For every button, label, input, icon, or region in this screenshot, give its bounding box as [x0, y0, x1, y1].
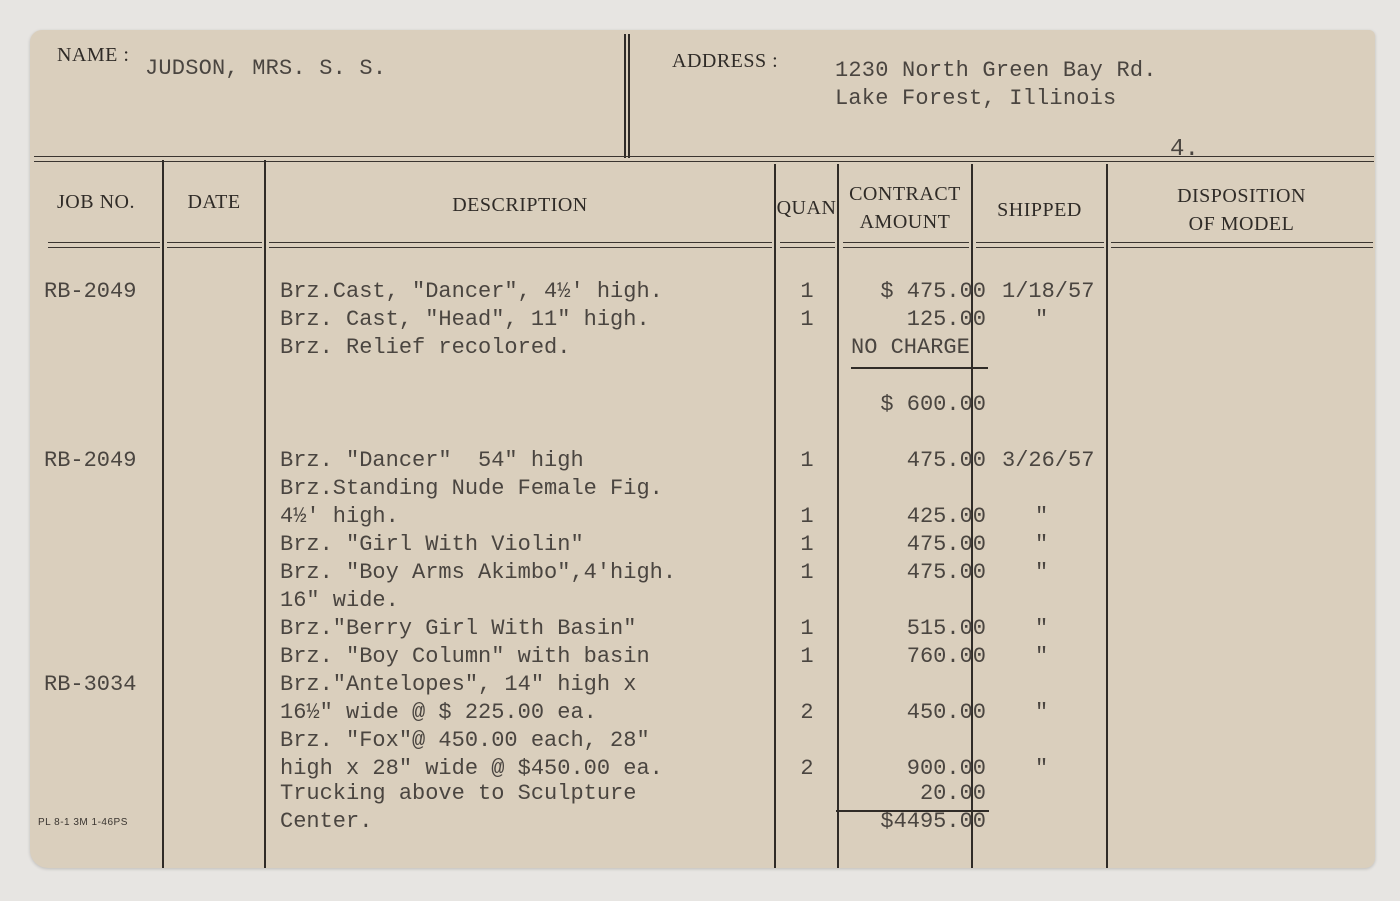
description-cell: Brz. Cast, "Head", 11" high. — [280, 306, 650, 334]
quantity-cell: 1 — [776, 615, 838, 643]
contract-amount-cell: 515.00 — [850, 615, 986, 643]
header-disposition-line2: OF MODEL — [1108, 210, 1375, 238]
header-rule — [167, 242, 262, 248]
header-shipped: SHIPPED — [973, 196, 1106, 224]
shipped-date-cell: " — [1035, 615, 1195, 643]
header-rule — [976, 242, 1104, 248]
header-date: DATE — [164, 188, 264, 216]
client-name: JUDSON, MRS. S. S. — [145, 56, 386, 81]
shipped-date-cell: " — [1035, 643, 1195, 671]
header-disposition-line1: DISPOSITION — [1108, 182, 1375, 210]
shipped-date-cell: 1/18/57 — [1002, 278, 1162, 306]
contract-amount-cell: 475.00 — [850, 531, 986, 559]
shipped-date-cell: " — [1035, 531, 1195, 559]
quantity-cell: 1 — [776, 278, 838, 306]
col-rule-job — [162, 160, 164, 868]
description-cell: Brz. "Dancer" 54" high — [280, 447, 584, 475]
job-record-card: NAME : JUDSON, MRS. S. S. ADDRESS : 1230… — [30, 30, 1375, 868]
shipped-date-cell: " — [1035, 306, 1195, 334]
subtotal-underline — [851, 367, 988, 369]
name-label: NAME : — [57, 44, 129, 67]
description-cell: Brz."Berry Girl With Basin" — [280, 615, 636, 643]
shipped-date-cell: 3/26/57 — [1002, 447, 1162, 475]
form-code: PL 8-1 3M 1-46PS — [38, 817, 128, 828]
total-underline — [836, 810, 989, 812]
header-description: DESCRIPTION — [266, 191, 774, 219]
description-cell: Brz. "Boy Column" with basin — [280, 643, 650, 671]
header-divider-2 — [628, 34, 630, 158]
top-rule — [34, 156, 1374, 162]
header-rule — [780, 242, 835, 248]
header-rule — [1111, 242, 1373, 248]
contract-amount-cell: 760.00 — [850, 643, 986, 671]
address-line-1: 1230 North Green Bay Rd. — [835, 58, 1157, 83]
header-rule — [843, 242, 969, 248]
quantity-cell: 1 — [776, 503, 838, 531]
quantity-cell: 1 — [776, 559, 838, 587]
header-job-no: JOB NO. — [30, 188, 162, 216]
header-rule — [48, 242, 160, 248]
shipped-date-cell: " — [1035, 755, 1195, 783]
description-cell: high x 28" wide @ $450.00 ea. — [280, 755, 663, 783]
description-cell: Brz.Standing Nude Female Fig. — [280, 475, 663, 503]
header-disposition: DISPOSITION OF MODEL — [1108, 182, 1375, 238]
description-cell: Brz. "Girl With Violin" — [280, 531, 584, 559]
contract-amount-cell: 425.00 — [850, 503, 986, 531]
quantity-cell: 1 — [776, 531, 838, 559]
contract-amount-cell: 900.00 — [850, 755, 986, 783]
description-cell: Center. — [280, 808, 372, 836]
contract-amount-cell: $ 475.00 — [850, 278, 986, 306]
header-rule — [269, 242, 772, 248]
header-divider — [624, 34, 626, 158]
shipped-date-cell: " — [1035, 503, 1195, 531]
job-number-cell: RB-2049 — [44, 447, 136, 475]
quantity-cell: 1 — [776, 447, 838, 475]
contract-amount-cell: $ 600.00 — [850, 391, 986, 419]
description-cell: 4½' high. — [280, 503, 399, 531]
shipped-date-cell: " — [1035, 559, 1195, 587]
description-cell: Brz."Antelopes", 14" high x — [280, 671, 636, 699]
contract-amount-cell: 475.00 — [850, 447, 986, 475]
address-label: ADDRESS : — [672, 50, 778, 73]
contract-amount-cell: 20.00 — [850, 780, 986, 808]
contract-amount-cell: 125.00 — [850, 306, 986, 334]
contract-amount-cell: NO CHARGE — [851, 334, 1011, 362]
header-contract-line1: CONTRACT — [839, 180, 971, 208]
quantity-cell: 2 — [776, 755, 838, 783]
description-cell: Brz. Relief recolored. — [280, 334, 570, 362]
description-cell: 16" wide. — [280, 587, 399, 615]
description-cell: Brz. "Boy Arms Akimbo",4'high. — [280, 559, 676, 587]
job-number-cell: RB-2049 — [44, 278, 136, 306]
quantity-cell: 1 — [776, 306, 838, 334]
header-contract-line2: AMOUNT — [839, 208, 971, 236]
contract-amount-cell: 475.00 — [850, 559, 986, 587]
description-cell: 16½" wide @ $ 225.00 ea. — [280, 699, 597, 727]
description-cell: Brz. "Fox"@ 450.00 each, 28" — [280, 727, 650, 755]
description-cell: Brz.Cast, "Dancer", 4½' high. — [280, 278, 663, 306]
quantity-cell: 1 — [776, 643, 838, 671]
header-contract-amount: CONTRACT AMOUNT — [839, 180, 971, 236]
description-cell: Trucking above to Sculpture — [280, 780, 636, 808]
shipped-date-cell: " — [1035, 699, 1195, 727]
col-rule-date — [264, 160, 266, 868]
quantity-cell: 2 — [776, 699, 838, 727]
contract-amount-cell: 450.00 — [850, 699, 986, 727]
address-line-2: Lake Forest, Illinois — [835, 86, 1116, 111]
header-quan: QUAN — [776, 194, 837, 222]
job-number-cell: RB-3034 — [44, 671, 136, 699]
